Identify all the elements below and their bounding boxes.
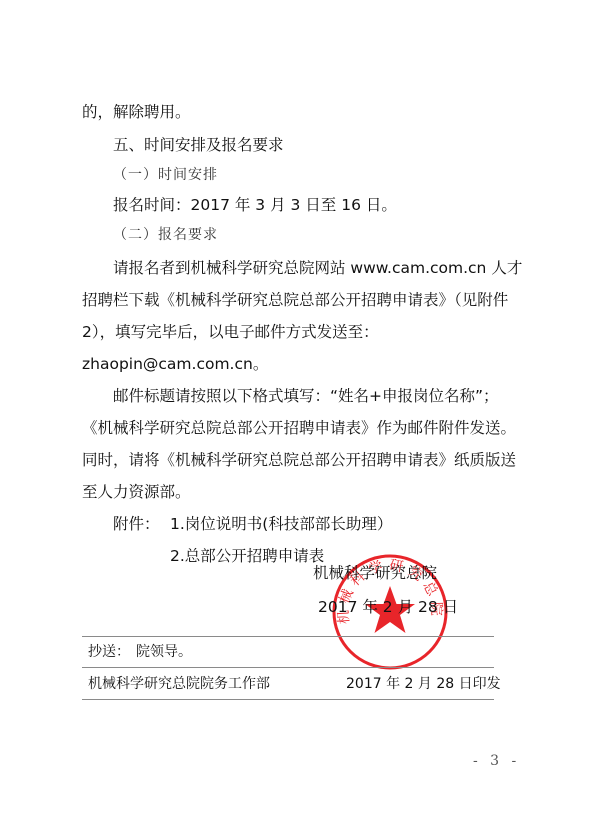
body-line: 同时，请将《机械科学研究总院总部公开招聘申请表》纸质版送 (82, 450, 516, 470)
section-heading: 五、时间安排及报名要求 (113, 135, 284, 155)
divider (82, 667, 494, 668)
body-line: 《机械科学研究总院总部公开招聘申请表》作为邮件附件发送。 (82, 418, 516, 438)
issuer: 机械科学研究总院院务工作部 (88, 675, 270, 693)
attachments-label: 附件： (113, 514, 160, 534)
body-line: 招聘栏下载《机械科学研究总院总部公开招聘申请表》（见附件 (82, 290, 508, 310)
issue-date: 2017 年 2 月 28 日印发 (346, 675, 501, 693)
email-address: zhaopin@cam.com.cn。 (82, 354, 268, 374)
subsection-heading-2: （二）报名要求 (113, 225, 218, 245)
body-line: 2），填写完毕后，以电子邮件方式发送至： (82, 322, 379, 342)
paragraph-continuation: 的，解除聘用。 (82, 102, 191, 122)
cc-value: 院领导。 (136, 643, 192, 661)
attachment-item-2: 2.总部公开招聘申请表 (170, 546, 324, 566)
cc-label: 抄送： (88, 643, 130, 661)
registration-time: 报名时间：2017 年 3 月 3 日至 16 日。 (113, 195, 397, 215)
body-line: 请报名者到机械科学研究总院网站 www.cam.com.cn 人才 (113, 258, 522, 278)
page-number: - 3 - (473, 753, 520, 769)
signature-date: 2017 年 2 月 28 日 (318, 597, 458, 617)
divider (82, 636, 494, 637)
body-line: 邮件标题请按照以下格式填写：“姓名+申报岗位名称”； (113, 386, 499, 406)
signature-organization: 机械科学研究总院 (313, 563, 437, 583)
divider (82, 699, 494, 700)
body-line: 至人力资源部。 (82, 482, 191, 502)
attachment-item-1: 1.岗位说明书(科技部部长助理） (170, 514, 392, 534)
subsection-heading-1: （一）时间安排 (113, 165, 218, 185)
